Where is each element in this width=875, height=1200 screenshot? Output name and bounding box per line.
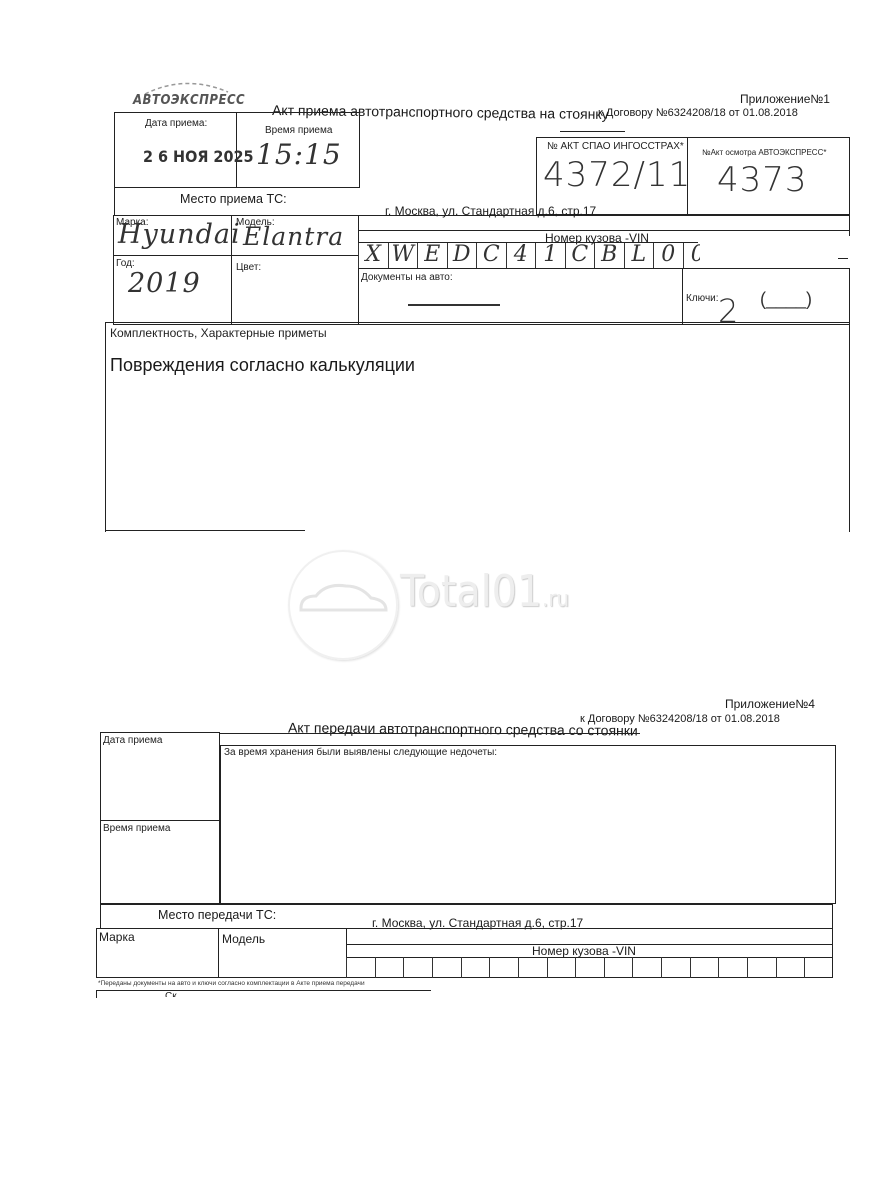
keys-label: Ключи: xyxy=(686,293,719,304)
vin-char-cell: X xyxy=(358,242,388,268)
vin-empty-cell xyxy=(432,957,433,978)
date-label-4: Дата приема xyxy=(103,735,162,746)
brand-value: Hyundai xyxy=(118,219,241,250)
vin-empty-cell xyxy=(403,957,404,978)
vin-empty-cell xyxy=(804,957,805,978)
vin-char-cell: L xyxy=(624,242,654,268)
documents-label: Документы на авто: xyxy=(361,272,453,283)
company-logo: АВТОЭКСПРЕСС xyxy=(133,93,245,108)
keys-extra: (____) xyxy=(760,289,812,310)
time-label: Время приема xyxy=(265,125,332,136)
vin-char-cell: W xyxy=(388,242,418,268)
vin-empty-cell xyxy=(489,957,490,978)
vin-char-cell: B xyxy=(594,242,624,268)
vin-char-cell: C xyxy=(476,242,506,268)
watermark-text: Total01.ru xyxy=(400,566,569,617)
vin-empty-cell xyxy=(661,957,662,978)
date-stamp: 2 6 НОЯ 2025 xyxy=(143,147,253,166)
defects-label: За время хранения были выявлены следующи… xyxy=(224,747,497,758)
vin-empty-cell xyxy=(632,957,633,978)
footnote: *Переданы документы на авто и ключи согл… xyxy=(98,980,365,987)
appendix-label-4: Приложение№4 xyxy=(725,697,815,711)
vin-empty-cell xyxy=(690,957,691,978)
date-label: Дата приема: xyxy=(145,118,207,129)
time-label-4: Время приема xyxy=(103,823,170,834)
vin-char-cell: 0 xyxy=(653,242,683,268)
year-value: 2019 xyxy=(128,268,201,299)
vin-empty-cell xyxy=(747,957,748,978)
inspection-act-label: №Акт осмотра АВТОЭКСПРЕСС* xyxy=(702,148,826,157)
date-time-box-4 xyxy=(100,732,220,904)
appendix-label: Приложение№1 xyxy=(740,92,830,106)
vin-char-cell: C xyxy=(565,242,595,268)
place-label-4: Место передачи ТС: xyxy=(158,908,276,922)
vin-char-cell: D xyxy=(447,242,477,268)
inspection-act-number: 4373 xyxy=(717,160,808,200)
vin-empty-cell xyxy=(547,957,548,978)
form-title-4: Акт передачи автотранспортного средства … xyxy=(288,719,638,738)
contract-label: к Договору №6324208/18 от 01.08.2018 xyxy=(598,107,798,119)
vin-empty-cell xyxy=(718,957,719,978)
vin-char-cell: 1 xyxy=(535,242,565,268)
model-label-4: Модель xyxy=(222,932,265,946)
vin-empty-cell xyxy=(575,957,576,978)
brand-label-4: Марка xyxy=(99,930,135,944)
color-label: Цвет: xyxy=(236,262,261,273)
watermark-domain: .ru xyxy=(542,587,569,612)
cut-text: Ск... xyxy=(165,991,185,997)
watermark-car-shape xyxy=(296,578,391,623)
vin-char-cell: E xyxy=(417,242,447,268)
complect-value: Повреждения согласно калькуляции xyxy=(110,355,415,376)
defects-box xyxy=(220,745,836,904)
vin-empty-cell xyxy=(461,957,462,978)
watermark-brand: Total01 xyxy=(400,566,542,617)
vin-char-cell: 4 xyxy=(506,242,536,268)
time-value: 15:15 xyxy=(256,138,342,171)
complect-box xyxy=(105,322,850,532)
vin-empty-cell xyxy=(375,957,376,978)
vin-empty-cell xyxy=(776,957,777,978)
model-value: Elantra xyxy=(243,222,344,251)
ingos-act-number: 4372/11 xyxy=(543,155,691,195)
vin-empty-cell xyxy=(518,957,519,978)
ingos-act-label: № АКТ СПАО ИНГОССТРАХ* xyxy=(547,141,684,152)
place-label: Место приема ТС: xyxy=(180,192,287,206)
vehicle-grid-4 xyxy=(96,928,833,978)
vin-empty-cell xyxy=(604,957,605,978)
vin-empty-cell xyxy=(346,957,347,978)
complect-label: Комплектность, Характерные приметы xyxy=(110,326,327,340)
vin-label-4: Номер кузова -VIN xyxy=(532,944,636,958)
